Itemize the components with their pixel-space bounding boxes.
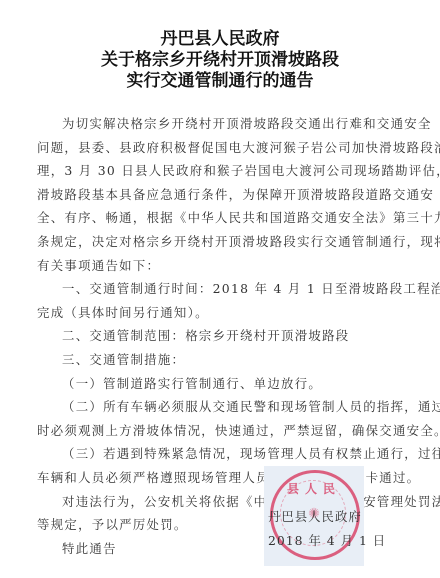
paragraph-line: 全、有序、畅通，根据《中华人民共和国道路交通安全法》第三十九 <box>37 206 395 230</box>
paragraph-line: 条规定，决定对格宗乡开绕村开顶滑坡路段实行交通管制通行，现将 <box>37 230 395 254</box>
title-line-1: 丹巴县人民政府 <box>0 29 440 50</box>
notice-title: 丹巴县人民政府 关于格宗乡开绕村开顶滑坡路段 实行交通管制通行的通告 <box>0 29 440 92</box>
measure-2: （二）所有车辆必须服从交通民警和现场管制人员的指挥，通过 <box>37 395 395 419</box>
signature-org: 丹巴县人民政府 <box>268 507 362 525</box>
title-line-2: 关于格宗乡开绕村开顶滑坡路段 <box>0 50 440 71</box>
measure-2-cont: 时必须观测上方滑坡体情况，快速通过，严禁逗留，确保交通安全。 <box>37 419 395 443</box>
item-3-measures: 三、交通管制措施： <box>37 348 395 372</box>
signature-date: 2018 年 4 月 1 日 <box>268 531 386 549</box>
item-2-scope: 二、交通管制范围：格宗乡开绕村开顶滑坡路段 <box>37 324 395 348</box>
paragraph-line: 理，3 月 30 日县人民政府和猴子岩国电大渡河公司现场踏勘评估， <box>37 159 395 183</box>
measure-3: （三）若遇到特殊紧急情况，现场管理人员有权禁止通行，过往 <box>37 442 395 466</box>
seal-text: 县人民 <box>264 480 364 497</box>
item-1-time-cont: 完成（具体时间另行通知）。 <box>37 301 395 325</box>
paragraph-line: 问题，县委、县政府积极督促国电大渡河猴子岩公司加快滑坡路段治 <box>37 136 395 160</box>
title-line-3: 实行交通管制通行的通告 <box>0 71 440 92</box>
paragraph-line: 有关事项通告如下： <box>37 254 395 278</box>
item-1-time: 一、交通管制通行时间：2018 年 4 月 1 日至滑坡路段工程治理 <box>37 277 395 301</box>
paragraph-line: 滑坡路段基本具备应急通行条件，为保障开顶滑坡路段道路交通安 <box>37 183 395 207</box>
paragraph-line: 为切实解决格宗乡开绕村开顶滑坡路段交通出行难和交通安全 <box>37 112 395 136</box>
measure-1: （一）管制道路实行管制通行、单边放行。 <box>37 372 395 396</box>
